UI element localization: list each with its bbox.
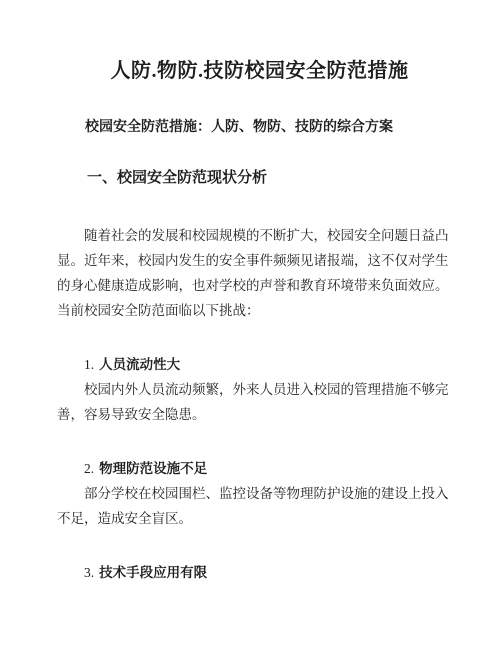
list-item-2-heading: 2.物理防范设施不足	[57, 456, 452, 481]
section-intro-paragraph: 随着社会的发展和校园规模的不断扩大，校园安全问题日益凸 显。近年来，校园内发生的…	[57, 223, 452, 323]
list-item-1-number: 1.	[84, 357, 94, 372]
list-item-1: 1.人员流动性大 校园内外人员流动频繁，外来人员进入校园的管理措施不够完 善，容…	[57, 352, 452, 427]
list-item-3-heading: 3.技术手段应用有限	[57, 560, 452, 585]
list-item-2-number: 2.	[84, 461, 94, 476]
list-item-1-heading: 1.人员流动性大	[57, 352, 452, 377]
section-heading: 一、校园安全防范现状分析	[57, 166, 452, 191]
list-item-3-number: 3.	[84, 565, 94, 580]
list-item-2-body: 部分学校在校园围栏、监控设备等物理防护设施的建设上投入 不足，造成安全盲区。	[57, 481, 452, 531]
list-item-3-title: 技术手段应用有限	[99, 565, 207, 580]
list-item-1-title: 人员流动性大	[99, 357, 180, 372]
list-item-3: 3.技术手段应用有限	[57, 560, 452, 585]
list-item-2: 2.物理防范设施不足 部分学校在校园围栏、监控设备等物理防护设施的建设上投入 不…	[57, 456, 452, 531]
document-page: 人防.物防.技防校园安全防范措施 校园安全防范措施：人防、物防、技防的综合方案 …	[0, 0, 500, 647]
list-item-1-body: 校园内外人员流动频繁，外来人员进入校园的管理措施不够完 善，容易导致安全隐患。	[57, 377, 452, 427]
list-item-2-title: 物理防范设施不足	[99, 461, 207, 476]
document-subtitle: 校园安全防范措施：人防、物防、技防的综合方案	[57, 115, 452, 140]
document-title: 人防.物防.技防校园安全防范措施	[67, 57, 452, 86]
